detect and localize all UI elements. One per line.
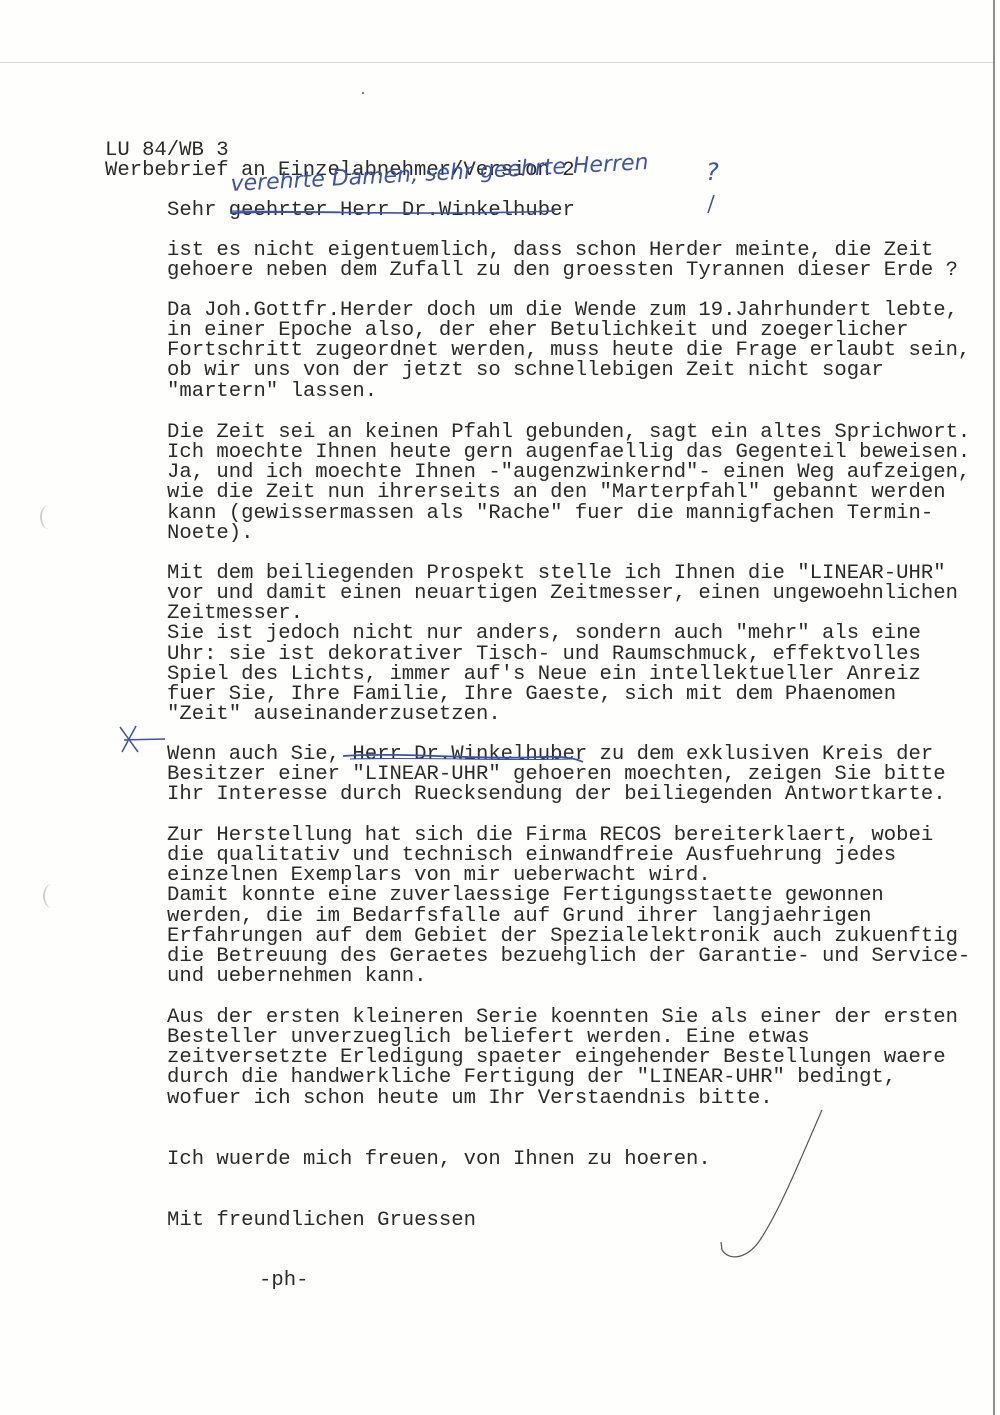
paragraph-line: in einer Epoche also, der eher Betulichk… — [167, 321, 909, 341]
paragraph-line: "martern" lassen. — [167, 382, 377, 402]
paper-speck — [362, 92, 364, 94]
paragraph-line: Ja, und ich moechte Ihnen -"augenzwinker… — [167, 463, 970, 483]
paragraph-line: "Zeit" auseinanderzusetzen. — [167, 705, 501, 725]
paragraph-line: Spiel des Lichts, immer auf's Neue ein i… — [167, 665, 921, 685]
valediction: Mit freundlichen Gruessen — [167, 1211, 476, 1231]
paragraph-line: Mit dem beiliegenden Prospekt stelle ich… — [167, 564, 946, 584]
paragraph-line: Die Zeit sei an keinen Pfahl gebunden, s… — [167, 423, 970, 443]
paragraph-line: die qualitativ und technisch einwandfrei… — [167, 846, 896, 866]
handwritten-salutation-correction: verehrte Damen, sehr geehrte Herren — [230, 150, 649, 197]
paragraph-line: zeitversetzte Erledigung spaeter eingehe… — [167, 1048, 946, 1068]
handwritten-question-mark: ? — [706, 158, 719, 186]
paragraph-line: Zeitmesser. — [167, 604, 303, 624]
paragraph-line: Fortschritt zugeordnet werden, muss heut… — [167, 341, 970, 361]
paragraph-line: Besitzer einer "LINEAR-UHR" gehoeren moe… — [167, 765, 946, 785]
sender-initials: -ph- — [259, 1271, 308, 1291]
closing-line: Ich wuerde mich freuen, von Ihnen zu hoe… — [167, 1150, 711, 1170]
paragraph-line: Wenn auch Sie, Herr Dr.Winkelhuber zu de… — [167, 745, 933, 765]
paragraph-line: wie die Zeit nun ihrerseits an den "Mart… — [167, 483, 946, 503]
paragraph-line: Uhr: sie ist dekorativer Tisch- und Raum… — [167, 645, 921, 665]
margin-x-mark — [120, 726, 165, 752]
paragraph-line: Da Joh.Gottfr.Herder doch um die Wende z… — [167, 301, 958, 321]
document-reference: LU 84/WB 3 — [105, 141, 229, 161]
salutation-struck-original: geehrter Herr Dr.Winkelhuber — [229, 199, 575, 222]
pencil-check-mark — [721, 1110, 822, 1257]
paragraph-line: Sie ist jedoch nicht nur anders, sondern… — [167, 624, 921, 644]
paragraph-line: einzelnen Exemplars von mir ueberwacht w… — [167, 866, 711, 886]
punch-hole-mark — [43, 884, 61, 908]
paragraph-line: ist es nicht eigentuemlich, dass schon H… — [167, 241, 933, 261]
paragraph-line: und uebernehmen kann. — [167, 967, 427, 987]
paragraph-line: Damit konnte eine zuverlaessige Fertigun… — [167, 886, 884, 906]
page-edge-top — [0, 62, 995, 63]
salutation-prefix: Sehr — [167, 199, 229, 222]
paragraph-line: Zur Herstellung hat sich die Firma RECOS… — [167, 826, 933, 846]
paragraph-line: kann (gewissermassen als "Rache" fuer di… — [167, 504, 933, 524]
punch-hole-mark — [40, 505, 58, 529]
paragraph-line: wofuer ich schon heute um Ihr Verstaendn… — [167, 1089, 773, 1109]
paragraph-line: Noete). — [167, 524, 254, 544]
paragraph-line: Aus der ersten kleineren Serie koennten … — [167, 1008, 958, 1028]
paragraph-line: Ihr Interesse durch Ruecksendung der bei… — [167, 785, 946, 805]
paragraph-line: die Betreuung des Geraetes bezuehglich d… — [167, 947, 970, 967]
paragraph-line: gehoere neben dem Zufall zu den groesste… — [167, 261, 958, 281]
paragraph-line: vor und damit einen neuartigen Zeitmesse… — [167, 584, 958, 604]
paragraph-line: ob wir uns von der jetzt so schnellebige… — [167, 361, 884, 381]
paragraph-line: werden, die im Bedarfsfalle auf Grund ih… — [167, 907, 871, 927]
page-edge-right — [993, 0, 995, 1415]
salutation: Sehr geehrter Herr Dr.Winkelhuber — [167, 201, 575, 221]
paragraph-line: Erfahrungen auf dem Gebiet der Spezialel… — [167, 927, 958, 947]
paragraph-line: Ich moechte Ihnen heute gern augenfaelli… — [167, 443, 970, 463]
paragraph-line: durch die handwerkliche Fertigung der "L… — [167, 1068, 896, 1088]
paragraph-line: Besteller unverzueglich beliefert werden… — [167, 1028, 810, 1048]
paragraph-line: fuer Sie, Ihre Familie, Ihre Gaeste, sic… — [167, 685, 896, 705]
